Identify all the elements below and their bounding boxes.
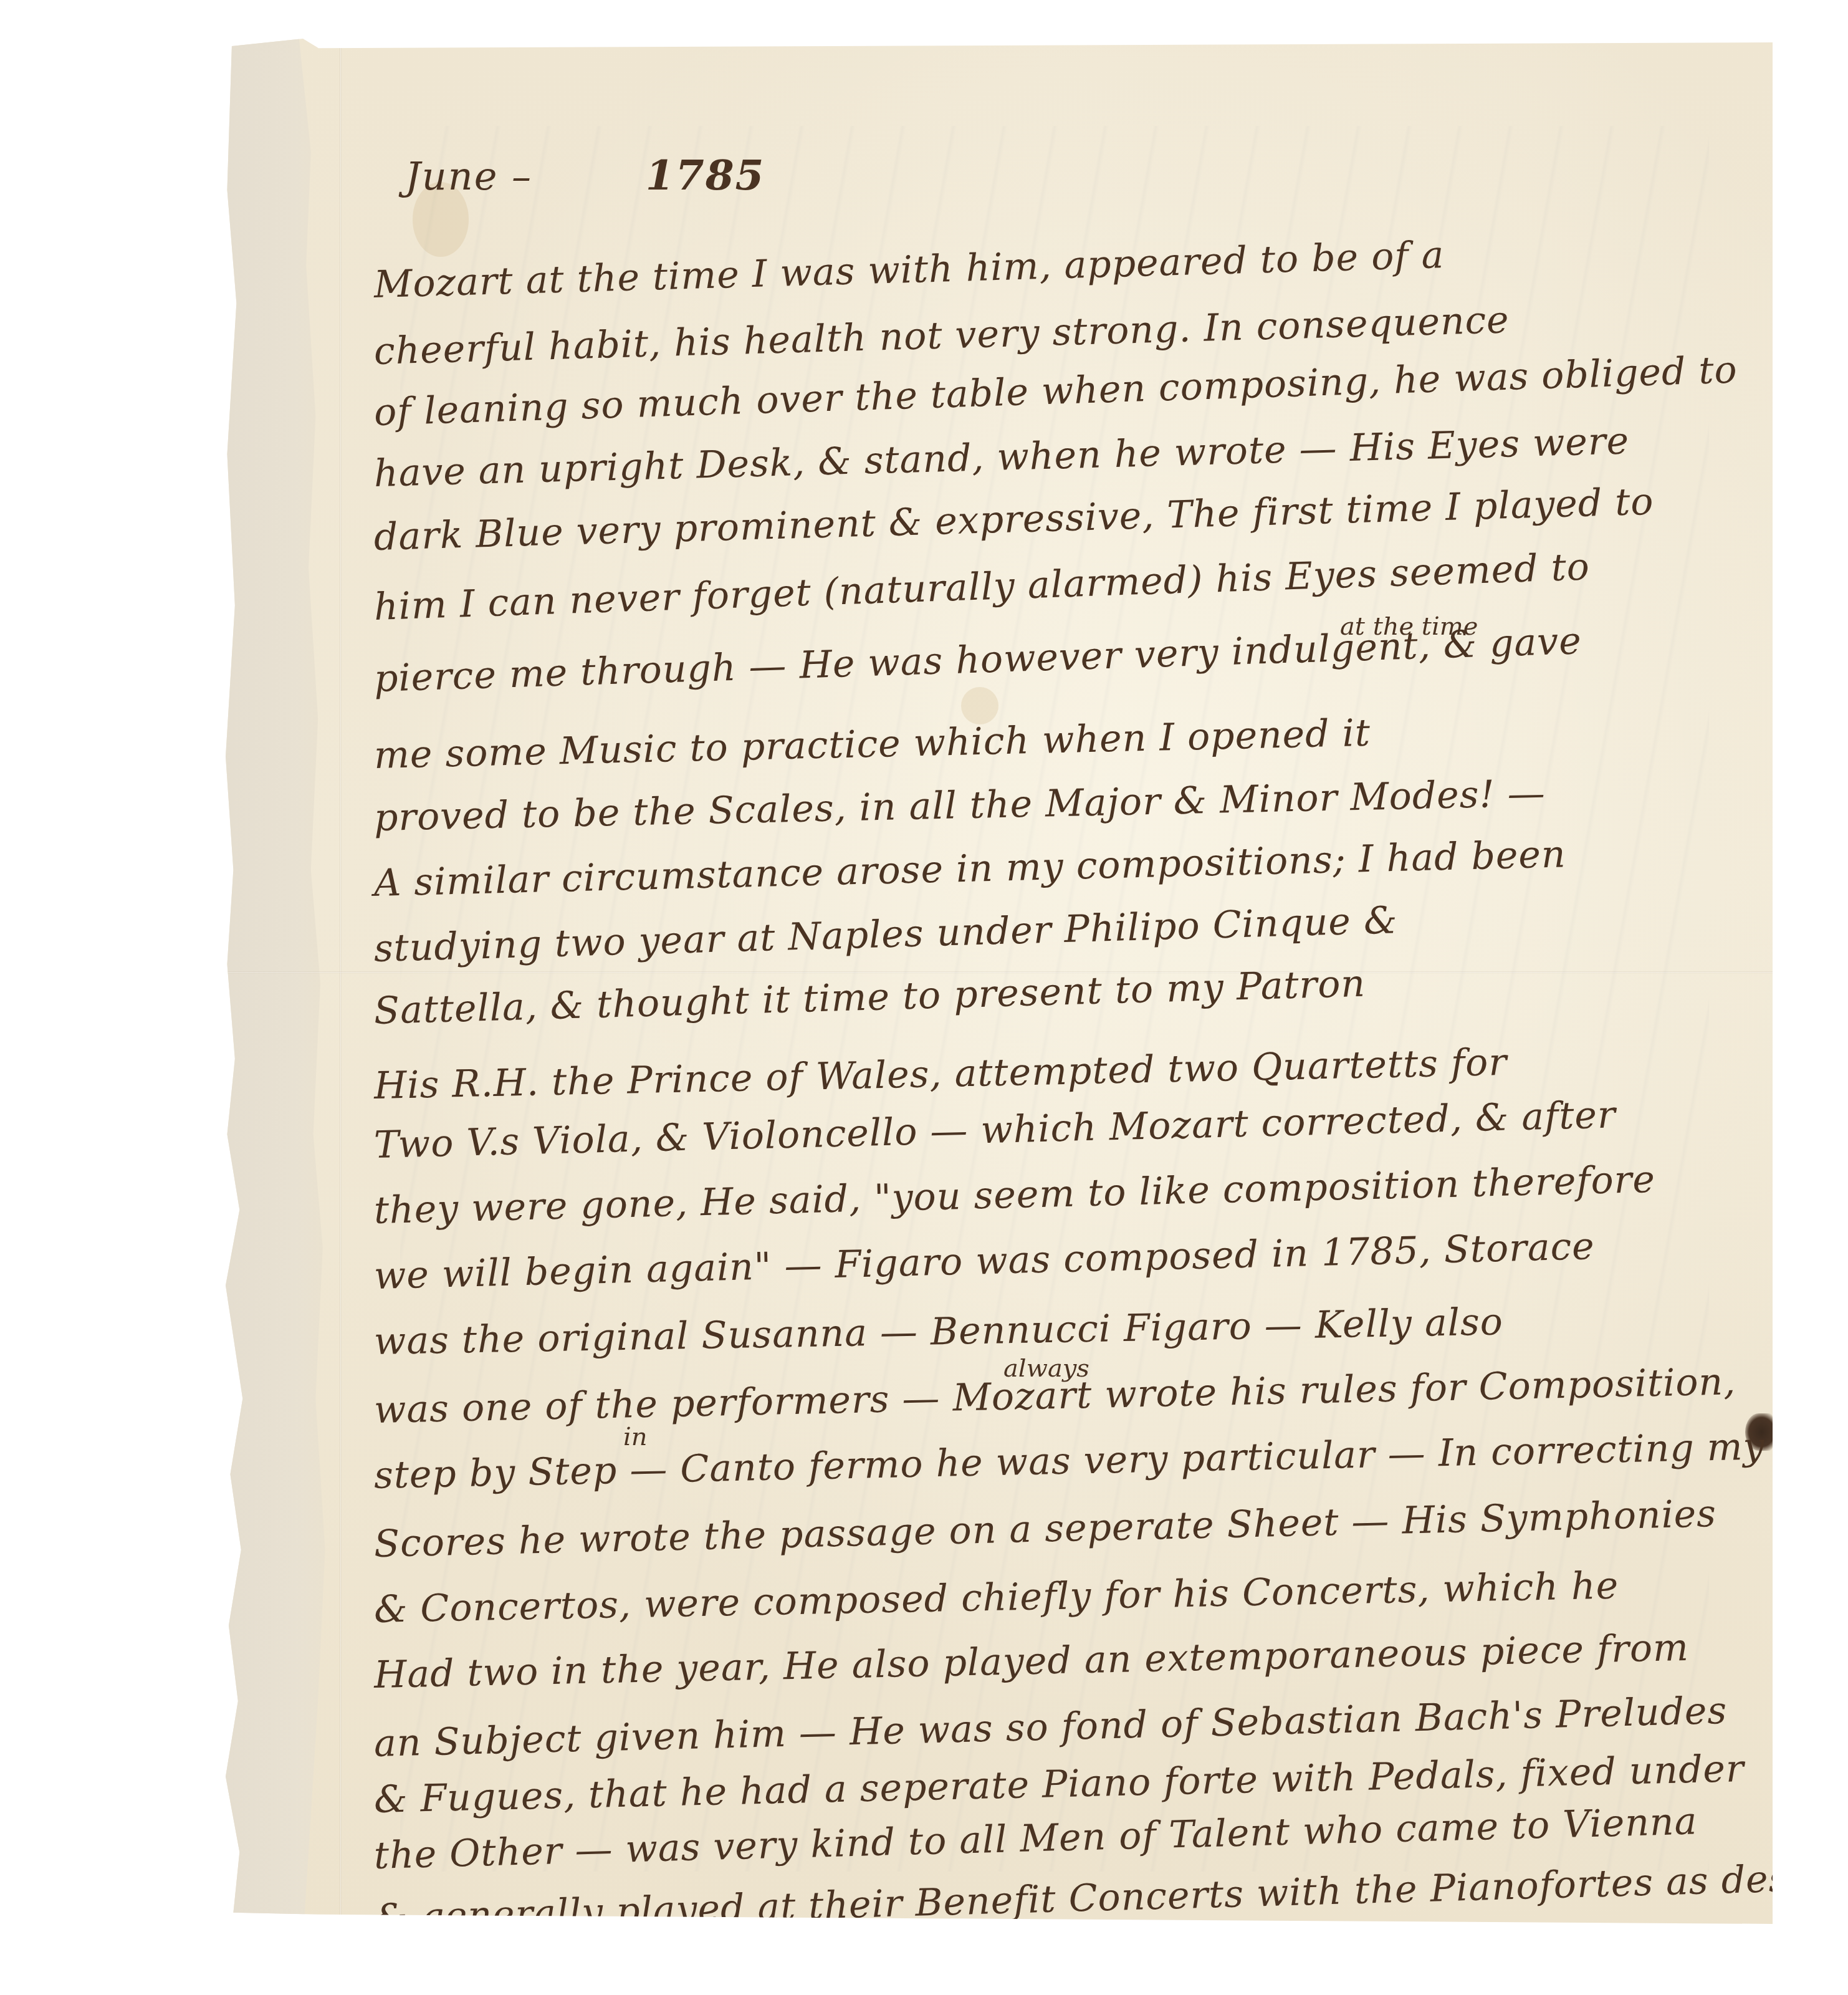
vertical-crease xyxy=(340,39,342,1928)
insertion-in: in xyxy=(623,1423,648,1451)
date-heading: June – 1785 xyxy=(405,151,765,199)
manuscript-page: June – 1785 Mozart at the time I was wit… xyxy=(226,39,1773,1928)
heading-month: June – xyxy=(405,153,532,199)
torn-left-edge xyxy=(226,39,344,1928)
heading-year: 1785 xyxy=(646,151,765,199)
text-line-27: above — xyxy=(374,1953,540,1995)
paper-stain xyxy=(961,687,998,724)
